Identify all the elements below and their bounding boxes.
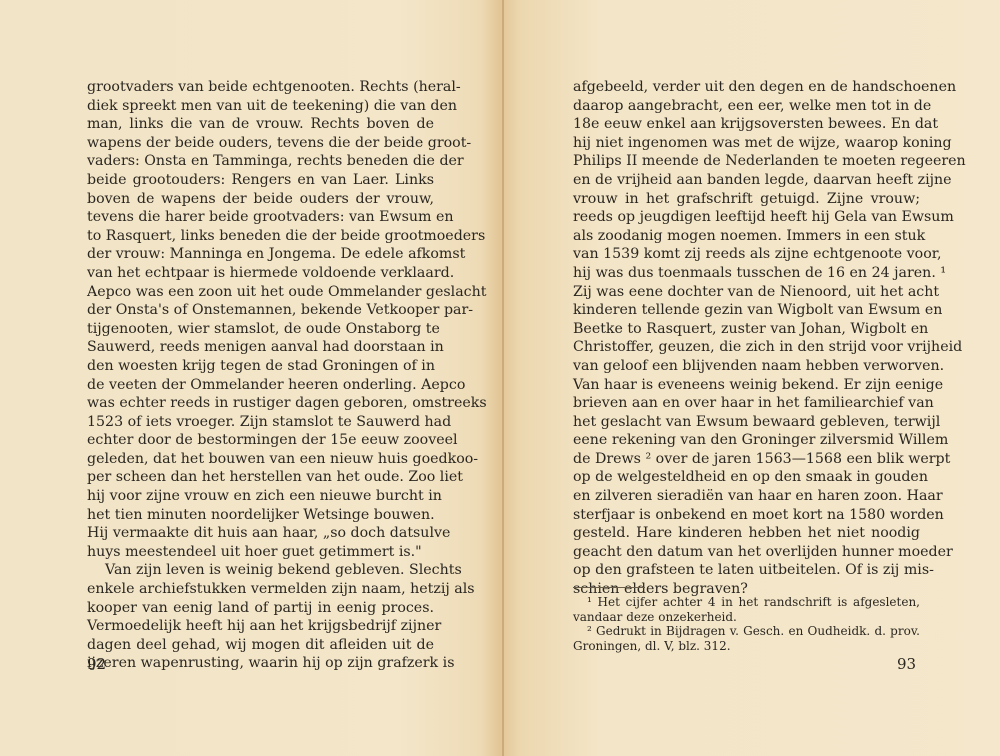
text-line: gesteld. Hare kinderen hebben het niet n… <box>573 524 920 543</box>
text-line: hij was dus toenmaals tusschen de 16 en … <box>573 264 920 283</box>
footnote-divider <box>573 587 645 588</box>
text-line: Sauwerd, reeds menigen aanval had doorst… <box>87 338 434 357</box>
text-line: eene rekening van den Groninger zilversm… <box>573 431 920 450</box>
text-line: op de welgesteldheid en op den smaak in … <box>573 468 920 487</box>
text-line: Hij vermaakte dit huis aan haar, „so doc… <box>87 524 434 543</box>
text-line: was echter reeds in rustiger dagen gebor… <box>87 394 434 413</box>
text-line: per scheen dan het herstellen van het ou… <box>87 468 434 487</box>
text-line: to Rasquert, links beneden die der beide… <box>87 227 434 246</box>
text-line: den woesten krijg tegen de stad Groninge… <box>87 357 434 376</box>
text-line: de veeten der Ommelander heeren onderlin… <box>87 376 434 395</box>
text-line: grootvaders van beide echtgenooten. Rech… <box>87 78 434 97</box>
text-line: ijzeren wapenrusting, waarin hij op zijn… <box>87 654 434 673</box>
footnote-1-cont: vandaar deze onzekerheid. <box>573 610 920 625</box>
text-line: en zilveren sieradiën van haar en haren … <box>573 487 920 506</box>
text-line: tijgenooten, wier stamslot, de oude Onst… <box>87 320 434 339</box>
text-line: het geslacht van Ewsum bewaard gebleven,… <box>573 413 920 432</box>
text-line: daarop aangebracht, een eer, welke men t… <box>573 97 920 116</box>
text-line: vaders: Onsta en Tamminga, rechts benede… <box>87 152 434 171</box>
text-line: als zoodanig mogen noemen. Immers in een… <box>573 227 920 246</box>
text-line: sterfjaar is onbekend en moet kort na 15… <box>573 506 920 525</box>
text-line: beide grootouders: Rengers en van Laer. … <box>87 171 434 190</box>
footnote-2: ² Gedrukt in Bijdragen v. Gesch. en Oudh… <box>573 624 920 639</box>
text-line: het tien minuten noordelijker Wetsinge b… <box>87 506 434 525</box>
text-line: der Onsta's of Onstemannen, bekende Vetk… <box>87 301 434 320</box>
text-line: de Drews ² over de jaren 1563—1568 een b… <box>573 450 920 469</box>
text-line: enkele archiefstukken vermelden zijn naa… <box>87 580 434 599</box>
text-line: tevens die harer beide grootvaders: van … <box>87 208 434 227</box>
text-line: boven de wapens der beide ouders der vro… <box>87 190 434 209</box>
text-line: man, links die van de vrouw. Rechts bove… <box>87 115 434 134</box>
text-line: Christoffer, geuzen, die zich in den str… <box>573 338 920 357</box>
text-line: dagen deel gehad, wij mogen dit afleiden… <box>87 636 434 655</box>
text-line: Van zijn leven is weinig bekend gebleven… <box>87 561 434 580</box>
text-line: diek spreekt men van uit de teekening) d… <box>87 97 434 116</box>
text-line: echter door de bestormingen der 15e eeuw… <box>87 431 434 450</box>
left-page-text: grootvaders van beide echtgenooten. Rech… <box>87 78 434 673</box>
text-line: hij voor zijne vrouw en zich een nieuwe … <box>87 487 434 506</box>
right-page-text: afgebeeld, verder uit den degen en de ha… <box>573 78 920 599</box>
text-line: en de vrijheid aan banden legde, daarvan… <box>573 171 920 190</box>
text-line: vrouw in het grafschrift getuigd. Zijne … <box>573 190 920 209</box>
footnote-2-cont: Groningen, dl. V, blz. 312. <box>573 639 920 654</box>
text-line: Zij was eene dochter van de Nienoord, ui… <box>573 283 920 302</box>
text-line: Vermoedelijk heeft hij aan het krijgsbed… <box>87 617 434 636</box>
text-line: op den grafsteen te laten uitbeitelen. O… <box>573 561 920 580</box>
text-line: Aepco was een zoon uit het oude Ommeland… <box>87 283 434 302</box>
text-line: geleden, dat het bouwen van een nieuw hu… <box>87 450 434 469</box>
text-line: geacht den datum van het overlijden hunn… <box>573 543 920 562</box>
page-number-right: 93 <box>897 655 916 673</box>
text-line: brieven aan en over haar in het familiea… <box>573 394 920 413</box>
text-line: van 1539 komt zij reeds als zijne echtge… <box>573 245 920 264</box>
text-line: 18e eeuw enkel aan krijgsoversten bewees… <box>573 115 920 134</box>
text-line: Van haar is eveneens weinig bekend. Er z… <box>573 376 920 395</box>
text-line: afgebeeld, verder uit den degen en de ha… <box>573 78 920 97</box>
text-line: reeds op jeugdigen leeftijd heeft hij Ge… <box>573 208 920 227</box>
text-line: wapens der beide ouders, tevens die der … <box>87 134 434 153</box>
text-line: der vrouw: Manninga en Jongema. De edele… <box>87 245 434 264</box>
text-line: van geloof een blijvenden naam hebben ve… <box>573 357 920 376</box>
text-line: Philips II meende de Nederlanden te moet… <box>573 152 920 171</box>
book-spread: grootvaders van beide echtgenooten. Rech… <box>0 0 1000 756</box>
text-line: Beetke to Rasquert, zuster van Johan, Wi… <box>573 320 920 339</box>
text-line: kooper van eenig land of partij in eenig… <box>87 599 434 618</box>
book-gutter <box>502 0 504 756</box>
text-line: 1523 of iets vroeger. Zijn stamslot te S… <box>87 413 434 432</box>
page-number-left: 92 <box>87 655 106 673</box>
text-line: kinderen tellende gezin van Wigbolt van … <box>573 301 920 320</box>
footnote-1: ¹ Het cijfer achter 4 in het randschrift… <box>573 595 920 610</box>
text-line: hij niet ingenomen was met de wijze, waa… <box>573 134 920 153</box>
text-line: huys meestendeel uit hoer guet getimmert… <box>87 543 434 562</box>
text-line: van het echtpaar is hiermede voldoende v… <box>87 264 434 283</box>
footnotes: ¹ Het cijfer achter 4 in het randschrift… <box>573 595 920 653</box>
